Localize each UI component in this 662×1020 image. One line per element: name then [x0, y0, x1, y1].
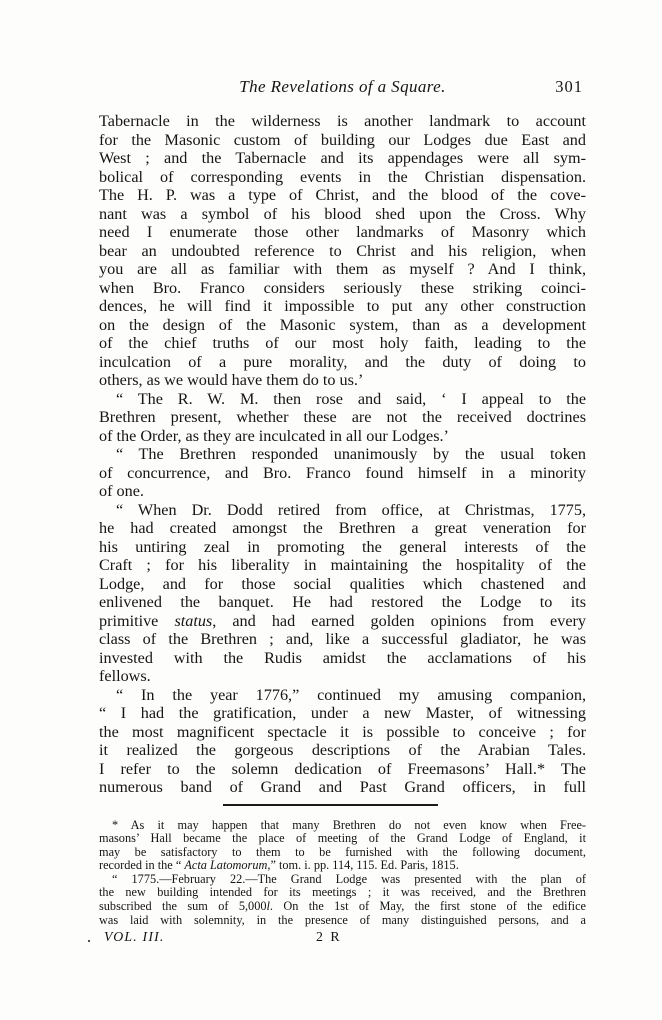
body-text-line: nant was a symbol of his blood shed upon… [99, 205, 586, 224]
footnote-text-line: may be satisfactory to them to be furnis… [99, 846, 586, 860]
body-text-line: The H. P. was a type of Christ, and the … [99, 186, 586, 205]
body-text-line: of one. [99, 482, 586, 501]
body-text-line: his untiring zeal in promoting the gener… [99, 538, 586, 557]
body-text-line: Lodge, and for those social qualities wh… [99, 575, 586, 594]
body-text-line: you are all as familiar with them as mys… [99, 260, 586, 279]
book-page: The Revelations of a Square. 301 Taberna… [0, 0, 662, 1020]
body-text-line: Tabernacle in the wilderness is another … [99, 112, 586, 131]
body-text-line: class of the Brethren ; and, like a succ… [99, 630, 586, 649]
footnote-text-line: subscribed the sum of 5,000l. On the 1st… [99, 900, 586, 914]
body-text-line: “ I had the gratification, under a new M… [99, 704, 586, 723]
body-text-line: fellows. [99, 667, 586, 686]
footnote-separator-rule [223, 804, 438, 806]
footnote-text-line: recorded in the “ Acta Latomorum,” tom. … [99, 859, 586, 873]
body-text-line: I refer to the solemn dedication of Free… [99, 760, 586, 779]
printer-signature-mark: 2 R [316, 929, 342, 945]
page-number: 301 [555, 78, 583, 96]
running-header: The Revelations of a Square. 301 [99, 78, 586, 96]
page-footer: VOL. III. 2 R [99, 929, 586, 945]
body-text-line: bear an undoubted reference to Christ an… [99, 242, 586, 261]
volume-label: VOL. III. [104, 929, 165, 945]
body-text-line: of the chief truths of our most holy fai… [99, 334, 586, 353]
body-text-line: Craft ; for his liberality in maintainin… [99, 556, 586, 575]
body-text-line: “ The Brethren responded unanimously by … [99, 445, 586, 464]
body-text-line: of concurrence, and Bro. Franco found hi… [99, 464, 586, 483]
footnote-text-line: masons’ Hall became the place of meeting… [99, 832, 586, 846]
body-text-line: inculcation of a pure morality, and the … [99, 353, 586, 372]
body-text-line: it realized the gorgeous descriptions of… [99, 741, 586, 760]
footnote-text-line: “ 1775.—February 22.—The Grand Lodge was… [99, 873, 586, 887]
body-text-line: others, as we would have them do to us.’ [99, 371, 586, 390]
body-text-line: enlivened the banquet. He had restored t… [99, 593, 586, 612]
body-text-line: West ; and the Tabernacle and its append… [99, 149, 586, 168]
body-text-line: dences, he will find it impossible to pu… [99, 297, 586, 316]
body-text-line: the most magnificent spectacle it is pos… [99, 723, 586, 742]
body-text-line: “ In the year 1776,” continued my amusin… [99, 686, 586, 705]
footnote-text: * As it may happen that many Brethren do… [99, 819, 586, 928]
footnote-text-line: was laid with solemnity, in the presence… [99, 914, 586, 928]
footnote-text-line: * As it may happen that many Brethren do… [99, 819, 586, 833]
page-content: The Revelations of a Square. 301 Taberna… [99, 78, 586, 945]
ink-speck [88, 940, 90, 942]
body-text-line: Brethren present, whether these are not … [99, 408, 586, 427]
body-text-line: for the Masonic custom of building our L… [99, 131, 586, 150]
body-text-line: numerous band of Grand and Past Grand of… [99, 778, 586, 797]
body-text-line: primitive status, and had earned golden … [99, 612, 586, 631]
body-text-line: need I enumerate those other landmarks o… [99, 223, 586, 242]
body-text: Tabernacle in the wilderness is another … [99, 112, 586, 797]
running-header-title: The Revelations of a Square. [99, 78, 586, 96]
body-text-line: of the Order, as they are inculcated in … [99, 427, 586, 446]
body-text-line: bolical of corresponding events in the C… [99, 168, 586, 187]
body-text-line: invested with the Rudis amidst the accla… [99, 649, 586, 668]
footnote-text-line: the new building intended for its meetin… [99, 886, 586, 900]
body-text-line: “ When Dr. Dodd retired from office, at … [99, 501, 586, 520]
body-text-line: when Bro. Franco considers seriously the… [99, 279, 586, 298]
body-text-line: on the design of the Masonic system, tha… [99, 316, 586, 335]
body-text-line: he had created amongst the Brethren a gr… [99, 519, 586, 538]
body-text-line: “ The R. W. M. then rose and said, ‘ I a… [99, 390, 586, 409]
